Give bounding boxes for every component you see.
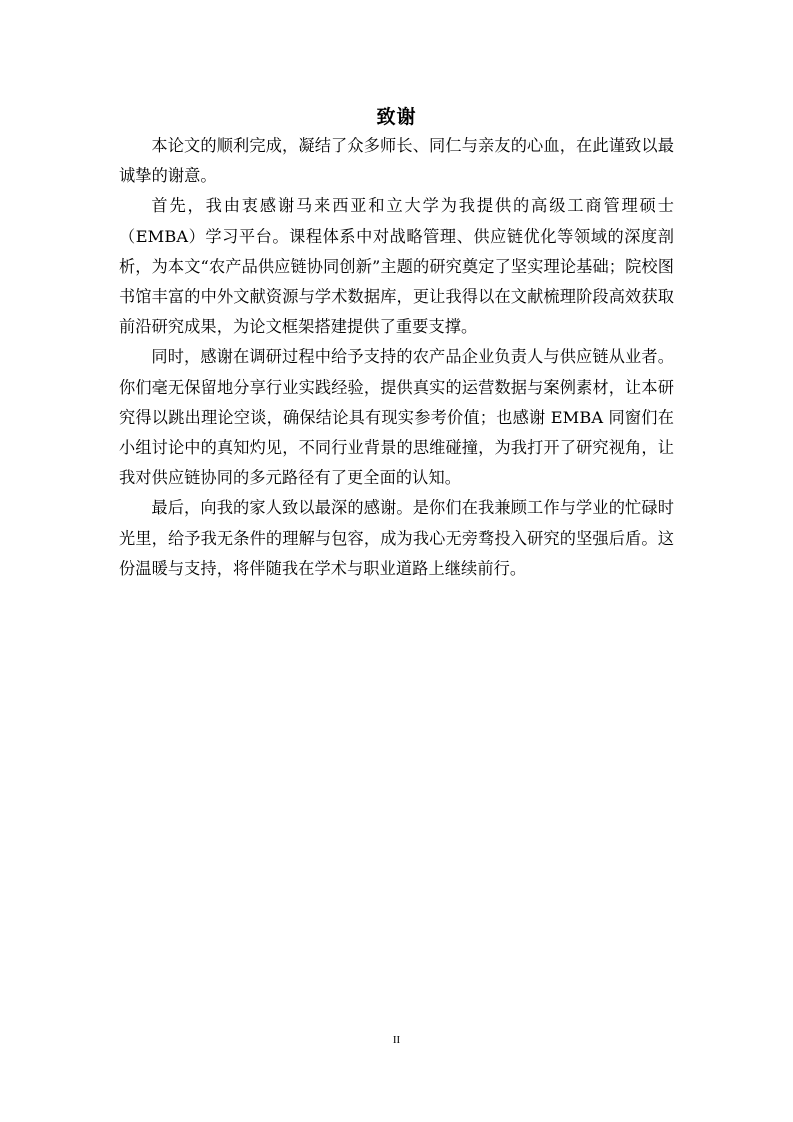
paragraph-university: 首先，我由衷感谢马来西亚和立大学为我提供的高级工商管理硕士（EMBA）学习平台。… (119, 191, 674, 342)
page-title: 致谢 (0, 104, 793, 130)
paragraph-industry: 同时，感谢在调研过程中给予支持的农产品企业负责人与供应链从业者。你们毫无保留地分… (119, 342, 674, 493)
document-page: 致谢 本论文的顺利完成，凝结了众多师长、同仁与亲友的心血，在此谨致以最诚挚的谢意… (0, 0, 793, 1122)
page-number: II (0, 1034, 793, 1046)
paragraph-family: 最后，向我的家人致以最深的感谢。是你们在我兼顾工作与学业的忙碌时光里，给予我无条… (119, 493, 674, 584)
document-body: 本论文的顺利完成，凝结了众多师长、同仁与亲友的心血，在此谨致以最诚挚的谢意。 首… (119, 131, 674, 584)
paragraph-intro: 本论文的顺利完成，凝结了众多师长、同仁与亲友的心血，在此谨致以最诚挚的谢意。 (119, 131, 674, 191)
